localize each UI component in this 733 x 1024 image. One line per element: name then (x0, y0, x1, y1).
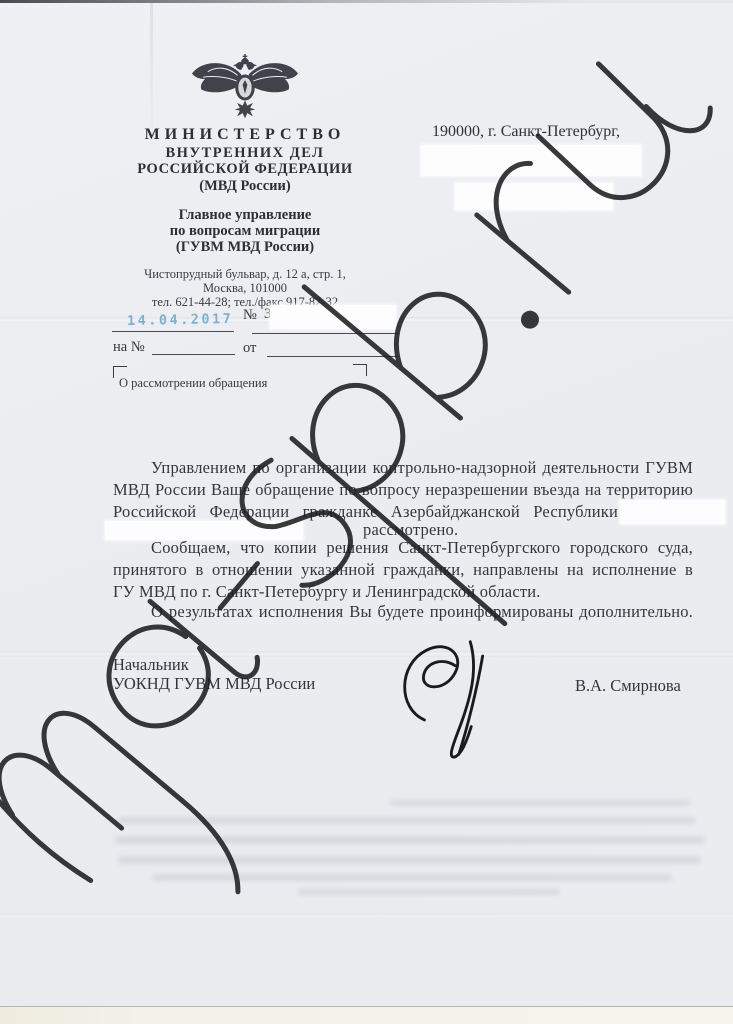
signer-name: В.А. Смирнова (575, 676, 681, 696)
scan-top-edge (0, 0, 733, 3)
ministry-name-line2: ВНУТРЕННИХ ДЕЛ (100, 145, 390, 162)
reply-to-number-label: на № (113, 339, 145, 356)
scanned-letter-page: МИНИСТЕРСТВО ВНУТРЕННИХ ДЕЛ РОССИЙСКОЙ Ф… (0, 0, 733, 1024)
date-underline (112, 331, 234, 332)
redaction-box-citizen-name-1 (620, 500, 725, 524)
bleed-through-row (298, 889, 560, 895)
incoming-number-underline (152, 354, 235, 355)
ministry-name-line3: РОССИЙСКОЙ ФЕДЕРАЦИИ (100, 161, 390, 178)
scan-bottom-edge (0, 1007, 733, 1024)
number-sign-label: № (243, 307, 257, 324)
mvd-double-headed-eagle-icon (189, 54, 301, 121)
date-stamp: 14.04.2017 (127, 311, 234, 329)
ministry-abbreviation: (МВД России) (100, 178, 390, 195)
bleed-through-row (390, 800, 690, 806)
ministry-name-line1: МИНИСТЕРСТВО (100, 126, 390, 144)
